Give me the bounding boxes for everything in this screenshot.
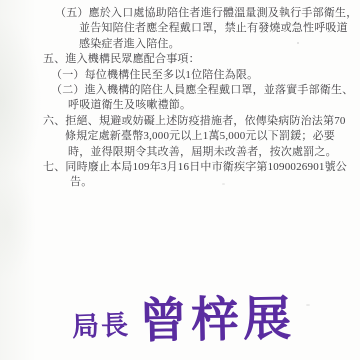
notice-line: 呼吸道衛生及咳嗽禮節。 [0,98,360,113]
notice-line: 時，並得限期令其改善，屆期未改善者，按次處罰之。 [0,145,360,160]
notice-line: 六、拒絕、規避或妨礙上述防疫措施者，依傳染病防治法第70 [0,114,360,129]
notice-line: 五、進入機構民眾應配合事項： [0,52,360,67]
scan-speck [292,24,295,26]
notice-line: （五）應於入口處協助陪住者進行體溫量測及執行手部衛生， [0,6,360,21]
scan-speck [306,304,310,306]
scan-speck [222,183,225,185]
signature-title: 局長 [71,303,130,344]
notice-line: （一）每位機構住民至多以1位陪住為限。 [0,68,360,83]
notice-line: 告。 [0,175,360,190]
signature-name: 曾梓展 [138,280,295,352]
notice-body: （五）應於入口處協助陪住者進行體溫量測及執行手部衛生， 並告知陪住者應全程戴口罩… [0,6,360,191]
scanned-notice-page: （五）應於入口處協助陪住者進行體溫量測及執行手部衛生， 並告知陪住者應全程戴口罩… [0,0,360,360]
scan-speck [297,42,299,44]
notice-line: （二）進入機構的陪住人員應全程戴口罩，並落實手部衛生、 [0,83,360,98]
notice-line: 感染症者進入陪住。 [0,37,360,52]
notice-line: 七、同時廢止本局109年3月16日中市衛疾字第1090026901號公 [0,160,360,175]
signature-stamp: 局長 曾梓展 [72,281,295,350]
notice-line: 條規定處新臺幣3,000元以上1萬5,000元以下罰鍰；必要 [0,129,360,144]
notice-line: 並告知陪住者應全程戴口罩，禁止有發燒或急性呼吸道 [0,21,360,36]
